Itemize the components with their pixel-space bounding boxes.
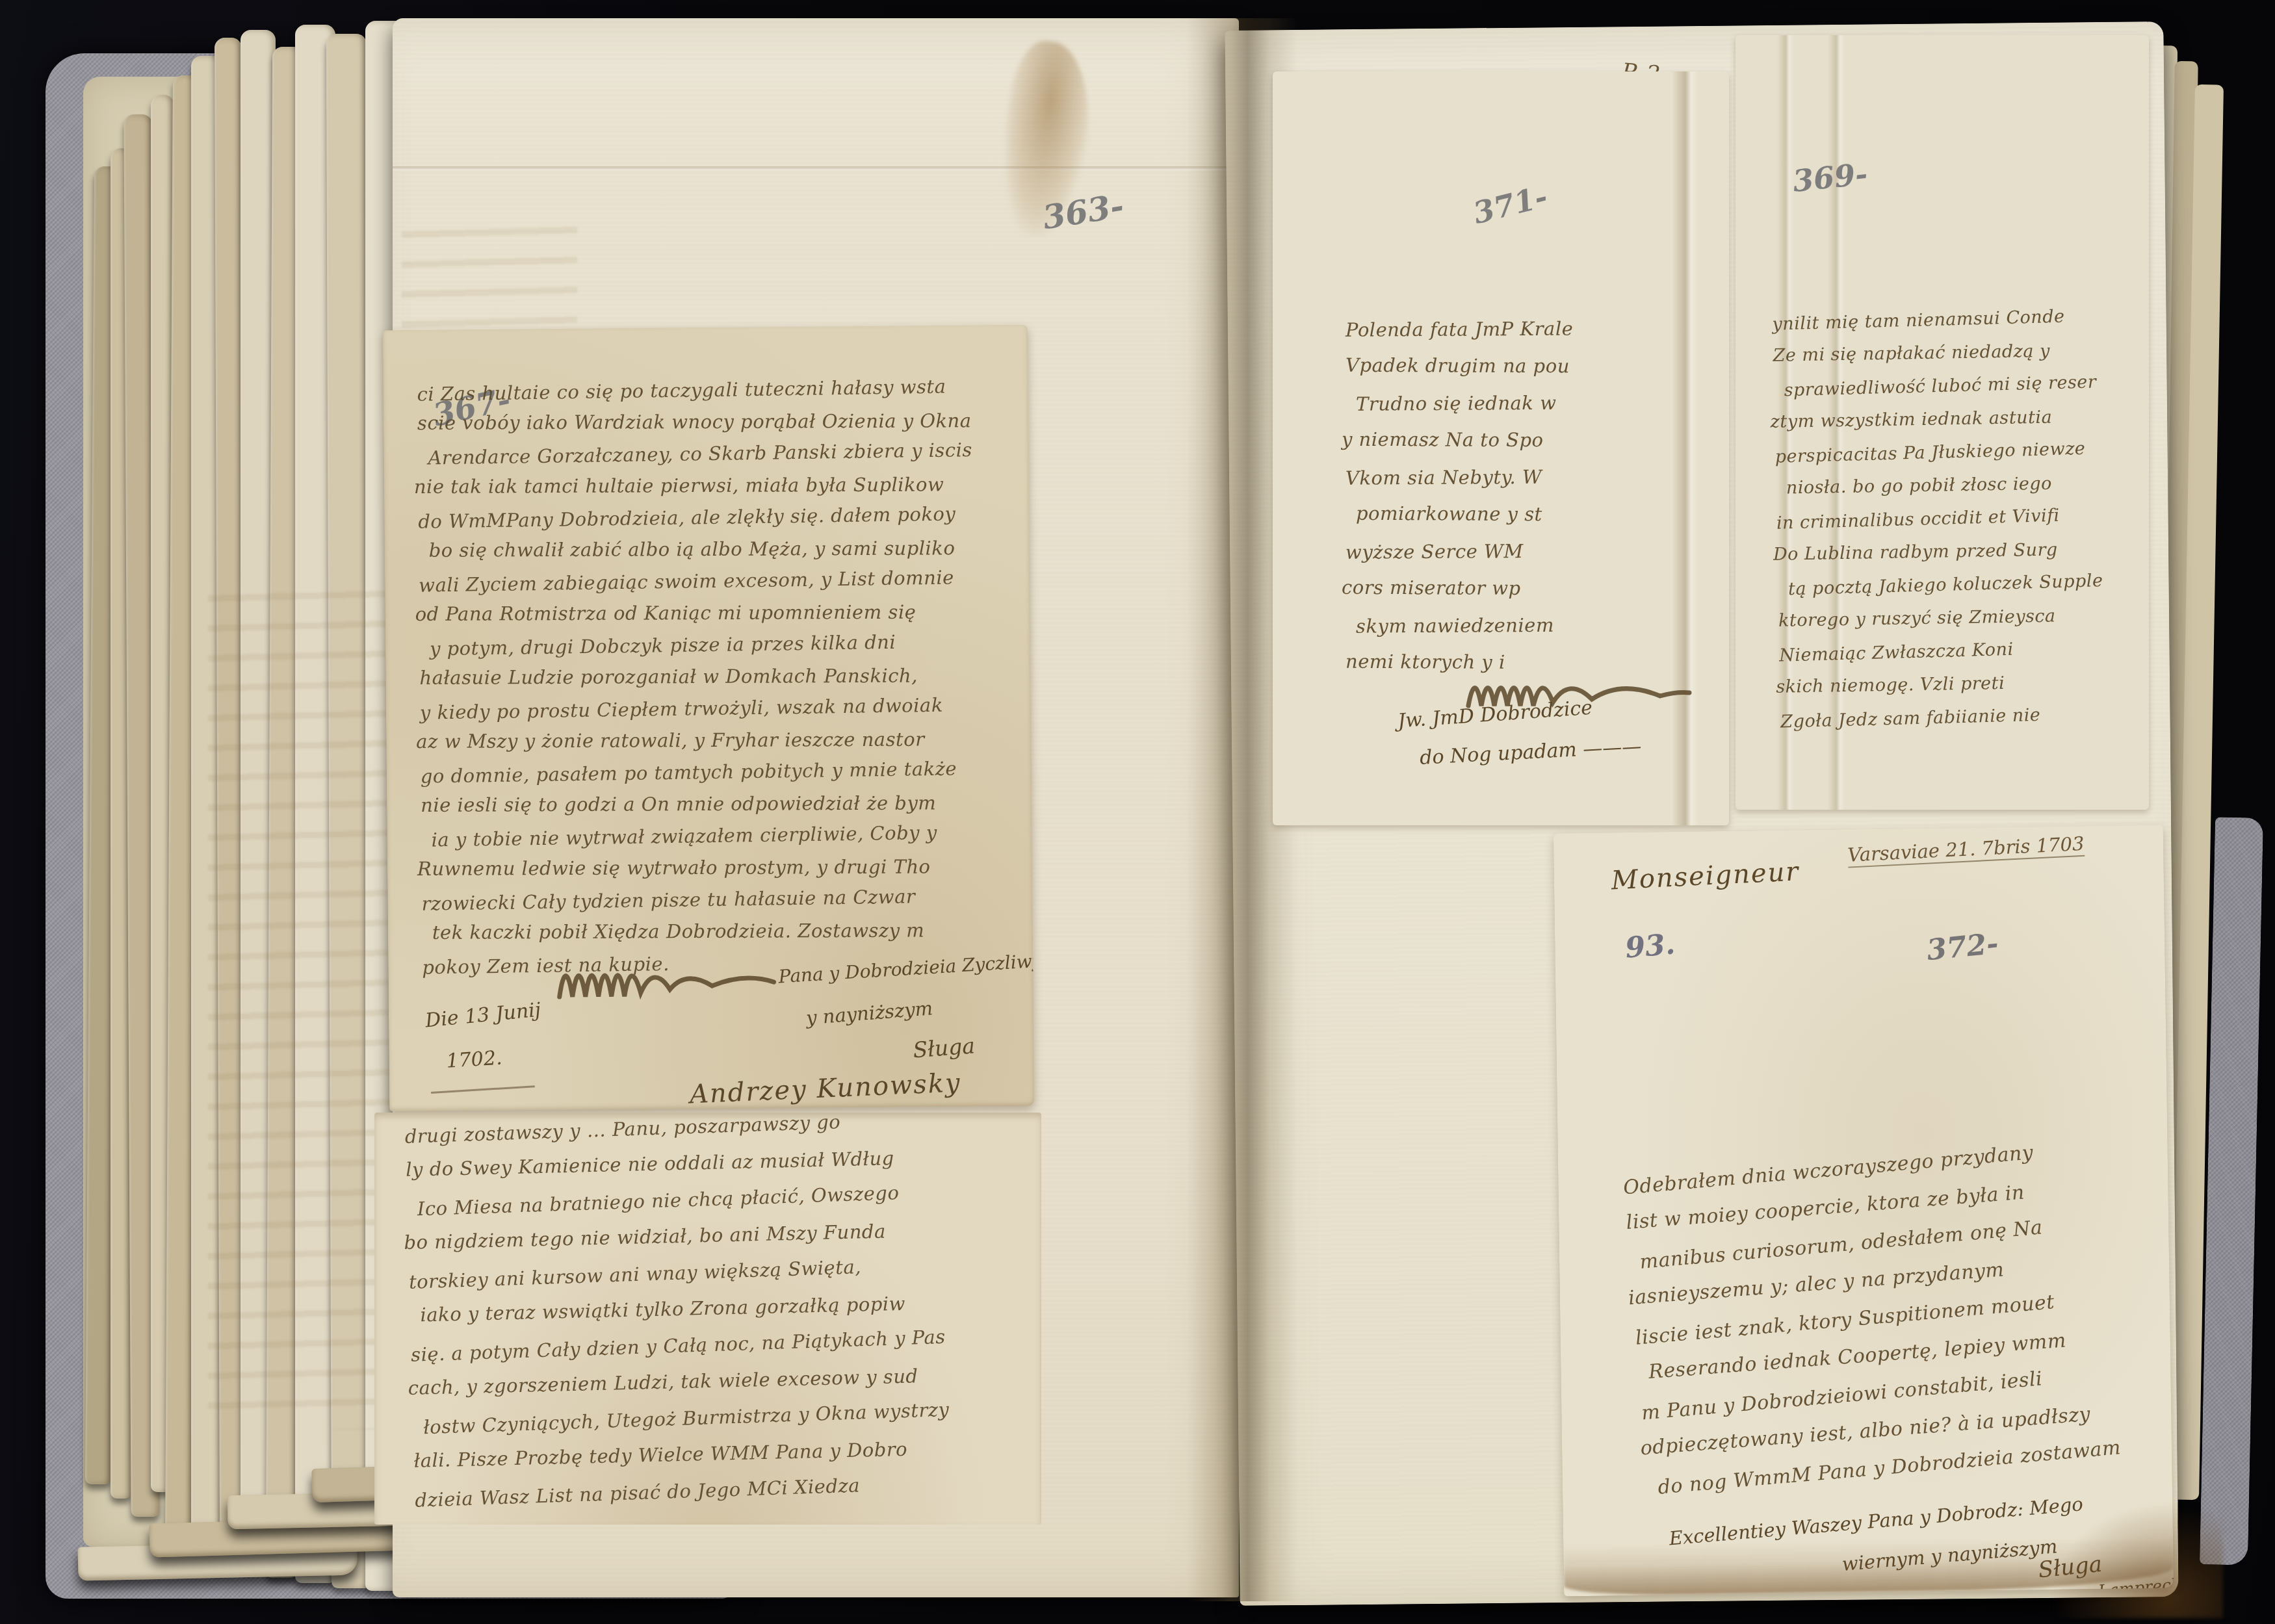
handwritten-line: y kiedy po prostu Ciepłem trwożyli, wsza…: [420, 688, 1013, 729]
handwritten-line: go domnie, pasałem po tamtych pobitych y…: [420, 752, 1013, 793]
handwritten-line: Vpadek drugim na pou: [1345, 347, 1709, 385]
letter-body: ynilit mię tam nienamsui CondeZe mi się …: [1772, 299, 2145, 738]
handwritten-line: skym nawiedzeniem: [1356, 606, 1709, 645]
handwritten-line: Polenda fata JmP Krale: [1345, 309, 1709, 348]
handwritten-line: hałasuie Ludzie porozganiał w Domkach Pa…: [419, 660, 1012, 694]
handwritten-line: bo się chwalił zabić albo ią albo Męża, …: [429, 532, 1011, 567]
handwritten-line: nie tak iak tamci hultaie pierwsi, miała…: [414, 469, 1011, 503]
handwritten-line: ci Zas hultaie co się po taczygali tutec…: [417, 370, 1010, 411]
archive-number-369: 369-: [1791, 156, 1869, 199]
letter-body: drugi zostawszy y … Panu, poszarpawszy g…: [404, 1113, 1039, 1517]
handwritten-line: Ruwnemu ledwie się wytrwało prostym, y d…: [417, 851, 1014, 885]
handwritten-line: Arendarce Gorzałczaney, co Skarb Panski …: [428, 433, 1011, 474]
handwritten-line: do WmMPany Dobrodzieia, ale zlękły się. …: [418, 497, 1011, 538]
handwritten-line: y potym, drugi Dobczyk pisze ia przes ki…: [430, 625, 1013, 665]
handwritten-line: az w Mszy y żonie ratowali, y Fryhar ies…: [416, 723, 1013, 758]
closing-line: Sługa: [912, 1033, 976, 1063]
signature-kunowsky: Andrzey Kunowsky: [689, 1068, 961, 1109]
salutation-monseigneur: Monseigneur: [1611, 857, 1800, 896]
torn-edge: [1563, 1536, 2174, 1596]
closing-line: y nayniższym: [805, 997, 933, 1029]
archive-number-372: 372-: [1925, 927, 2000, 967]
date-underline: [431, 1085, 535, 1094]
fold-crease: [393, 166, 1239, 170]
document-367: 367- ci Zas hultaie co się po taczygali …: [383, 325, 1034, 1112]
document-369: 369- ynilit mię tam nienamsui CondeZe mi…: [1735, 35, 2149, 810]
handwritten-line: ia y tobie nie wytrwał związałem cierpli…: [431, 816, 1014, 856]
handwritten-line: od Pana Rotmistrza od Kaniąc mi upomnien…: [415, 596, 1011, 630]
handwritten-line: rzowiecki Cały tydzien pisze tu hałasuie…: [421, 879, 1015, 920]
letter-body: Polenda fata JmP KraleVpadek drugim na p…: [1345, 311, 1709, 681]
handwritten-line: wyższe Serce WM: [1345, 532, 1709, 571]
docket-note: do Nog upadam ———: [1419, 735, 1642, 769]
handwritten-line: nie iesli się to godzi a On mnie odpowie…: [421, 787, 1013, 821]
document-lower-left: drugi zostawszy y … Panu, poszarpawszy g…: [374, 1113, 1041, 1525]
letter-body: Odebrałem dnia wczorayszego przydanylist…: [1622, 1125, 2174, 1506]
handwritten-line: tek kaczki pobił Xiędza Dobrodzieia. Zos…: [432, 914, 1015, 949]
document-371: 371- Polenda fata JmP KraleVpadek drugim…: [1273, 71, 1729, 825]
dateline-varsaviae: Varsaviae 21. 7bris 1703: [1847, 832, 2085, 866]
archive-number-371: 371-: [1470, 179, 1551, 231]
handwritten-line: cors miserator wp: [1342, 569, 1709, 608]
date-year: 1702.: [446, 1047, 503, 1073]
handwritten-line: Vkom sia Nebyty. W: [1345, 458, 1709, 496]
handwritten-line: pomiarkowane y st: [1356, 495, 1709, 534]
date-line: Die 13 Junij: [424, 999, 542, 1033]
handwritten-line: Trudno się iednak w: [1356, 383, 1709, 422]
handwritten-line: y niemasz Na to Spo: [1342, 421, 1709, 459]
ink-number-93: 93.: [1624, 927, 1676, 964]
handwritten-line: wali Zyciem zabiegaiąc swoim excesom, y …: [419, 561, 1012, 602]
letter-body: ci Zas hultaie co się po taczygali tutec…: [417, 372, 1015, 982]
document-372: Varsaviae 21. 7bris 1703 Monseigneur 93.…: [1553, 825, 2174, 1597]
handwritten-line: scie vobóy iako Wardziak wnocy porąbał O…: [417, 405, 1010, 439]
photo-scene: 363- P. 2. 367- ci Zas hultaie co się po…: [0, 0, 2275, 1624]
signature-flourish: [556, 949, 777, 1010]
